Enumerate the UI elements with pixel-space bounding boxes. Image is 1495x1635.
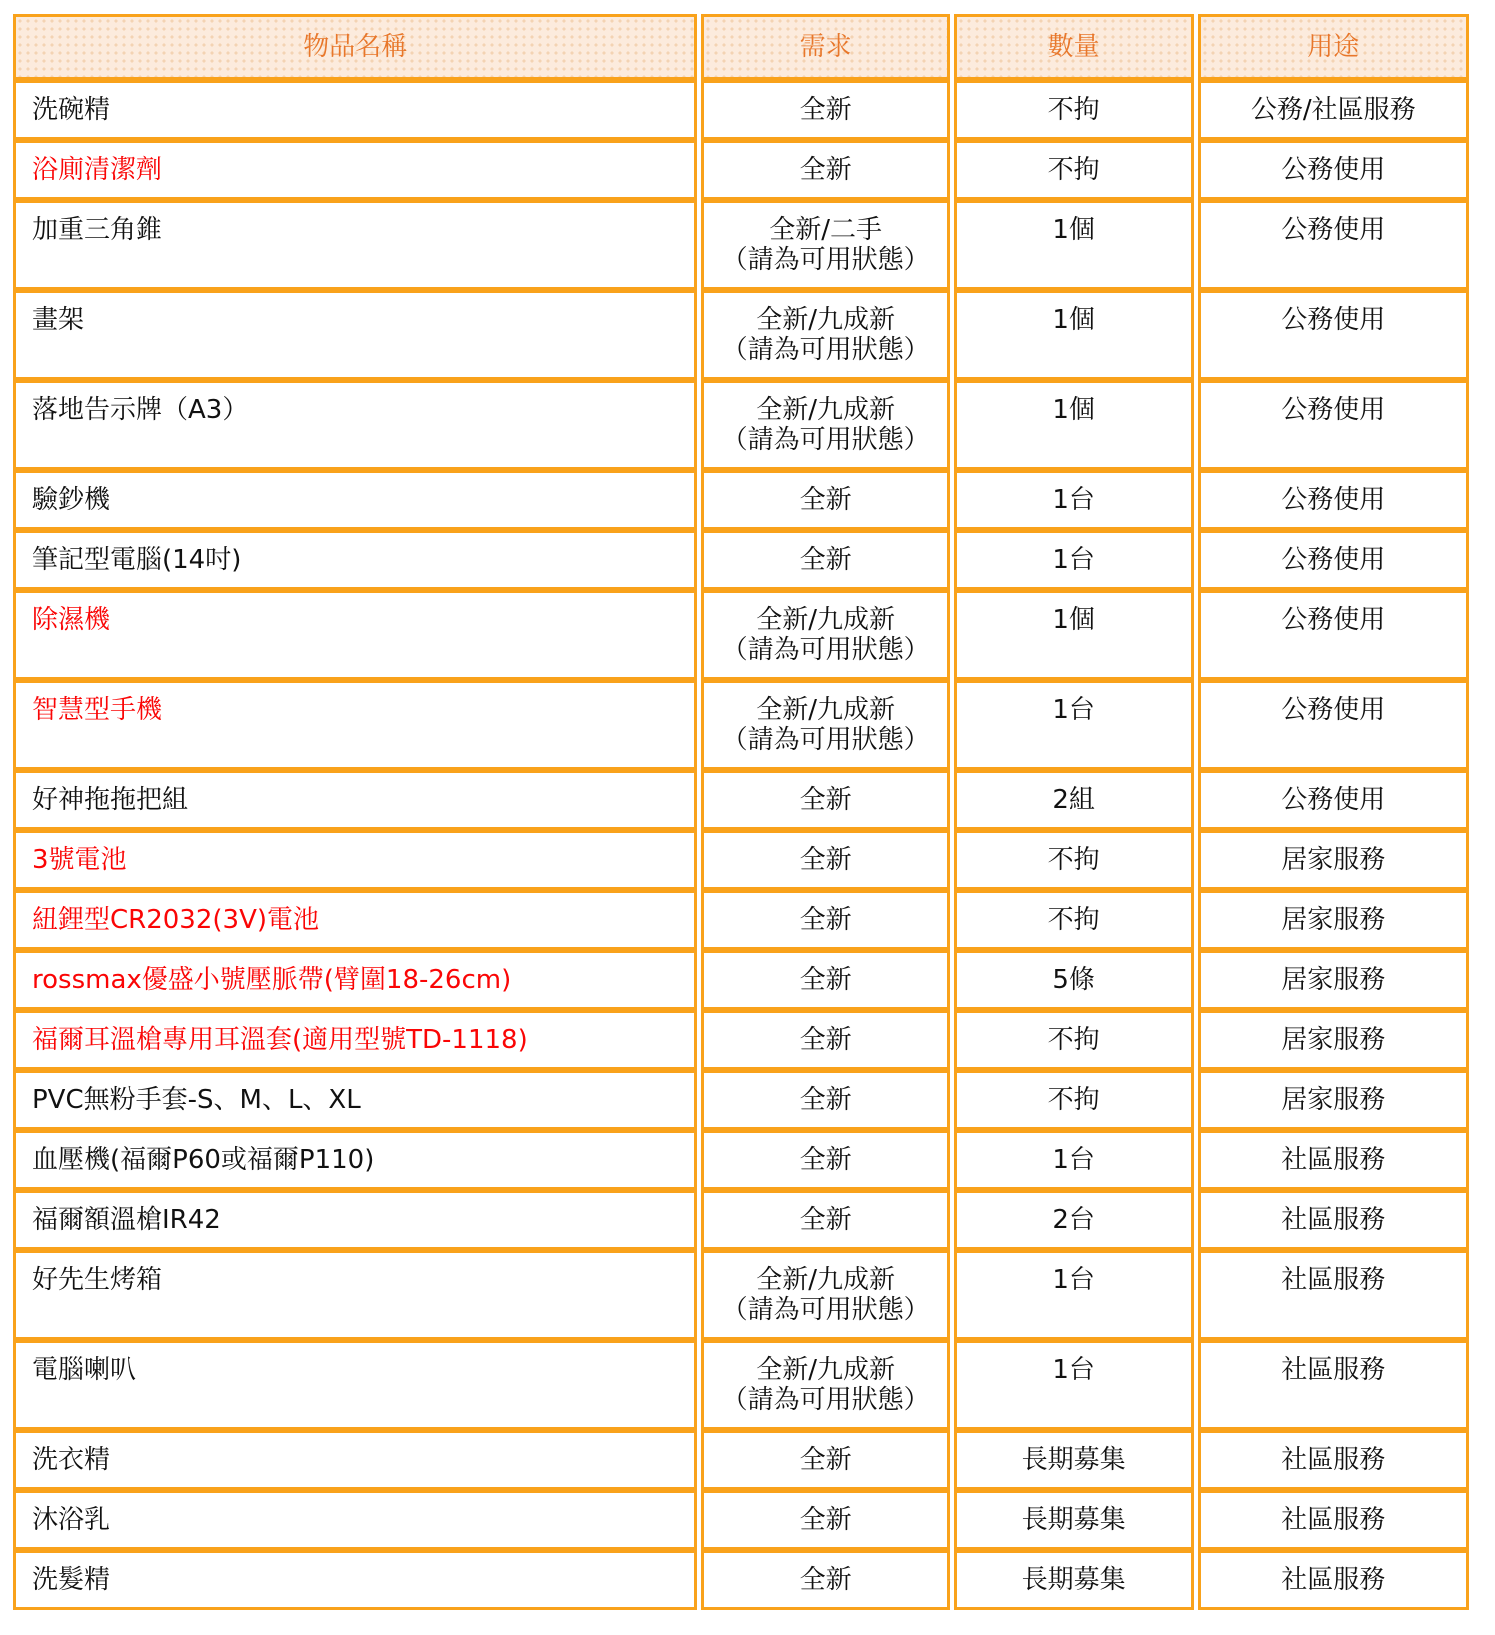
- column-header-purpose: 用途: [1198, 14, 1469, 80]
- purpose-cell: 公務使用: [1198, 530, 1469, 590]
- condition-cell: 全新: [701, 470, 949, 530]
- purpose-cell: 公務/社區服務: [1198, 80, 1469, 140]
- purpose-cell: 社區服務: [1198, 1430, 1469, 1490]
- purpose-cell: 公務使用: [1198, 200, 1469, 290]
- quantity-cell: 1個: [954, 590, 1194, 680]
- column-header-condition: 需求: [701, 14, 949, 80]
- condition-cell: 全新/九成新 （請為可用狀態）: [701, 290, 949, 380]
- item-name-cell: 洗衣精: [13, 1430, 697, 1490]
- table-row: 畫架 全新/九成新 （請為可用狀態） 1個 公務使用: [13, 290, 1469, 380]
- condition-cell: 全新: [701, 1430, 949, 1490]
- purpose-cell: 公務使用: [1198, 770, 1469, 830]
- item-name-cell: 血壓機(福爾P60或福爾P110): [13, 1130, 697, 1190]
- table-row: 電腦喇叭 全新/九成新 （請為可用狀態） 1台 社區服務: [13, 1340, 1469, 1430]
- table-row: 血壓機(福爾P60或福爾P110) 全新 1台 社區服務: [13, 1130, 1469, 1190]
- item-name-cell: rossmax優盛小號壓脈帶(臂圍18-26cm): [13, 950, 697, 1010]
- table-row: 洗衣精 全新 長期募集 社區服務: [13, 1430, 1469, 1490]
- table-row: 3號電池 全新 不拘 居家服務: [13, 830, 1469, 890]
- purpose-cell: 社區服務: [1198, 1550, 1469, 1610]
- item-name-cell: 驗鈔機: [13, 470, 697, 530]
- purpose-cell: 公務使用: [1198, 470, 1469, 530]
- table-row: 驗鈔機 全新 1台 公務使用: [13, 470, 1469, 530]
- item-name-cell: 好先生烤箱: [13, 1250, 697, 1340]
- purpose-cell: 公務使用: [1198, 380, 1469, 470]
- quantity-cell: 1台: [954, 530, 1194, 590]
- condition-cell: 全新: [701, 770, 949, 830]
- item-name-cell: 浴廁清潔劑: [13, 140, 697, 200]
- condition-cell: 全新/九成新 （請為可用狀態）: [701, 380, 949, 470]
- item-name-cell: 電腦喇叭: [13, 1340, 697, 1430]
- purpose-cell: 社區服務: [1198, 1340, 1469, 1430]
- purpose-cell: 居家服務: [1198, 830, 1469, 890]
- table-row: 福爾額溫槍IR42 全新 2台 社區服務: [13, 1190, 1469, 1250]
- table-row: 智慧型手機 全新/九成新 （請為可用狀態） 1台 公務使用: [13, 680, 1469, 770]
- condition-cell: 全新: [701, 140, 949, 200]
- item-name-cell: 福爾額溫槍IR42: [13, 1190, 697, 1250]
- quantity-cell: 長期募集: [954, 1430, 1194, 1490]
- quantity-cell: 1台: [954, 680, 1194, 770]
- quantity-cell: 不拘: [954, 830, 1194, 890]
- table-row: 洗髮精 全新 長期募集 社區服務: [13, 1550, 1469, 1610]
- item-name-cell: 筆記型電腦(14吋): [13, 530, 697, 590]
- item-name-cell: 福爾耳溫槍專用耳溫套(適用型號TD-1118): [13, 1010, 697, 1070]
- quantity-cell: 5條: [954, 950, 1194, 1010]
- condition-cell: 全新: [701, 1130, 949, 1190]
- condition-cell: 全新: [701, 80, 949, 140]
- item-name-cell: PVC無粉手套-S、M、L、XL: [13, 1070, 697, 1130]
- table-row: 沐浴乳 全新 長期募集 社區服務: [13, 1490, 1469, 1550]
- donation-items-table: 物品名稱 需求 數量 用途 洗碗精 全新 不拘 公務/社區服務 浴廁清潔劑 全新…: [9, 14, 1473, 1610]
- quantity-cell: 不拘: [954, 1010, 1194, 1070]
- quantity-cell: 1台: [954, 470, 1194, 530]
- quantity-cell: 2組: [954, 770, 1194, 830]
- table-row: PVC無粉手套-S、M、L、XL 全新 不拘 居家服務: [13, 1070, 1469, 1130]
- quantity-cell: 不拘: [954, 1070, 1194, 1130]
- table-header-row: 物品名稱 需求 數量 用途: [13, 14, 1469, 80]
- purpose-cell: 居家服務: [1198, 890, 1469, 950]
- item-name-cell: 智慧型手機: [13, 680, 697, 770]
- column-header-quantity: 數量: [954, 14, 1194, 80]
- quantity-cell: 長期募集: [954, 1490, 1194, 1550]
- purpose-cell: 社區服務: [1198, 1490, 1469, 1550]
- condition-cell: 全新: [701, 1490, 949, 1550]
- condition-cell: 全新: [701, 1010, 949, 1070]
- purpose-cell: 居家服務: [1198, 950, 1469, 1010]
- table-row: 福爾耳溫槍專用耳溫套(適用型號TD-1118) 全新 不拘 居家服務: [13, 1010, 1469, 1070]
- condition-cell: 全新: [701, 1190, 949, 1250]
- item-name-cell: 好神拖拖把組: [13, 770, 697, 830]
- table-row: 除濕機 全新/九成新 （請為可用狀態） 1個 公務使用: [13, 590, 1469, 680]
- condition-cell: 全新: [701, 1550, 949, 1610]
- condition-cell: 全新/九成新 （請為可用狀態）: [701, 590, 949, 680]
- condition-cell: 全新/九成新 （請為可用狀態）: [701, 1340, 949, 1430]
- quantity-cell: 不拘: [954, 80, 1194, 140]
- condition-cell: 全新/二手 （請為可用狀態）: [701, 200, 949, 290]
- purpose-cell: 居家服務: [1198, 1070, 1469, 1130]
- item-name-cell: 落地告示牌（A3）: [13, 380, 697, 470]
- item-name-cell: 洗碗精: [13, 80, 697, 140]
- item-name-cell: 畫架: [13, 290, 697, 380]
- quantity-cell: 1台: [954, 1250, 1194, 1340]
- purpose-cell: 公務使用: [1198, 290, 1469, 380]
- quantity-cell: 1台: [954, 1340, 1194, 1430]
- item-name-cell: 洗髮精: [13, 1550, 697, 1610]
- quantity-cell: 不拘: [954, 890, 1194, 950]
- table-row: 好先生烤箱 全新/九成新 （請為可用狀態） 1台 社區服務: [13, 1250, 1469, 1340]
- table-row: 浴廁清潔劑 全新 不拘 公務使用: [13, 140, 1469, 200]
- table-row: 洗碗精 全新 不拘 公務/社區服務: [13, 80, 1469, 140]
- purpose-cell: 社區服務: [1198, 1130, 1469, 1190]
- quantity-cell: 2台: [954, 1190, 1194, 1250]
- quantity-cell: 不拘: [954, 140, 1194, 200]
- quantity-cell: 長期募集: [954, 1550, 1194, 1610]
- purpose-cell: 公務使用: [1198, 590, 1469, 680]
- column-header-item-name: 物品名稱: [13, 14, 697, 80]
- purpose-cell: 公務使用: [1198, 140, 1469, 200]
- item-name-cell: 3號電池: [13, 830, 697, 890]
- table-row: 好神拖拖把組 全新 2組 公務使用: [13, 770, 1469, 830]
- table-row: 筆記型電腦(14吋) 全新 1台 公務使用: [13, 530, 1469, 590]
- purpose-cell: 公務使用: [1198, 680, 1469, 770]
- donation-wishlist: 物品名稱 需求 數量 用途 洗碗精 全新 不拘 公務/社區服務 浴廁清潔劑 全新…: [0, 0, 1495, 1610]
- table-row: rossmax優盛小號壓脈帶(臂圍18-26cm) 全新 5條 居家服務: [13, 950, 1469, 1010]
- condition-cell: 全新: [701, 950, 949, 1010]
- purpose-cell: 社區服務: [1198, 1250, 1469, 1340]
- condition-cell: 全新/九成新 （請為可用狀態）: [701, 680, 949, 770]
- table-row: 落地告示牌（A3） 全新/九成新 （請為可用狀態） 1個 公務使用: [13, 380, 1469, 470]
- condition-cell: 全新: [701, 830, 949, 890]
- condition-cell: 全新: [701, 890, 949, 950]
- item-name-cell: 加重三角錐: [13, 200, 697, 290]
- condition-cell: 全新: [701, 1070, 949, 1130]
- purpose-cell: 居家服務: [1198, 1010, 1469, 1070]
- item-name-cell: 紐鋰型CR2032(3V)電池: [13, 890, 697, 950]
- table-row: 紐鋰型CR2032(3V)電池 全新 不拘 居家服務: [13, 890, 1469, 950]
- condition-cell: 全新: [701, 530, 949, 590]
- quantity-cell: 1個: [954, 200, 1194, 290]
- table-body: 洗碗精 全新 不拘 公務/社區服務 浴廁清潔劑 全新 不拘 公務使用 加重三角錐…: [13, 80, 1469, 1610]
- quantity-cell: 1台: [954, 1130, 1194, 1190]
- item-name-cell: 除濕機: [13, 590, 697, 680]
- item-name-cell: 沐浴乳: [13, 1490, 697, 1550]
- quantity-cell: 1個: [954, 290, 1194, 380]
- condition-cell: 全新/九成新 （請為可用狀態）: [701, 1250, 949, 1340]
- purpose-cell: 社區服務: [1198, 1190, 1469, 1250]
- table-row: 加重三角錐 全新/二手 （請為可用狀態） 1個 公務使用: [13, 200, 1469, 290]
- quantity-cell: 1個: [954, 380, 1194, 470]
